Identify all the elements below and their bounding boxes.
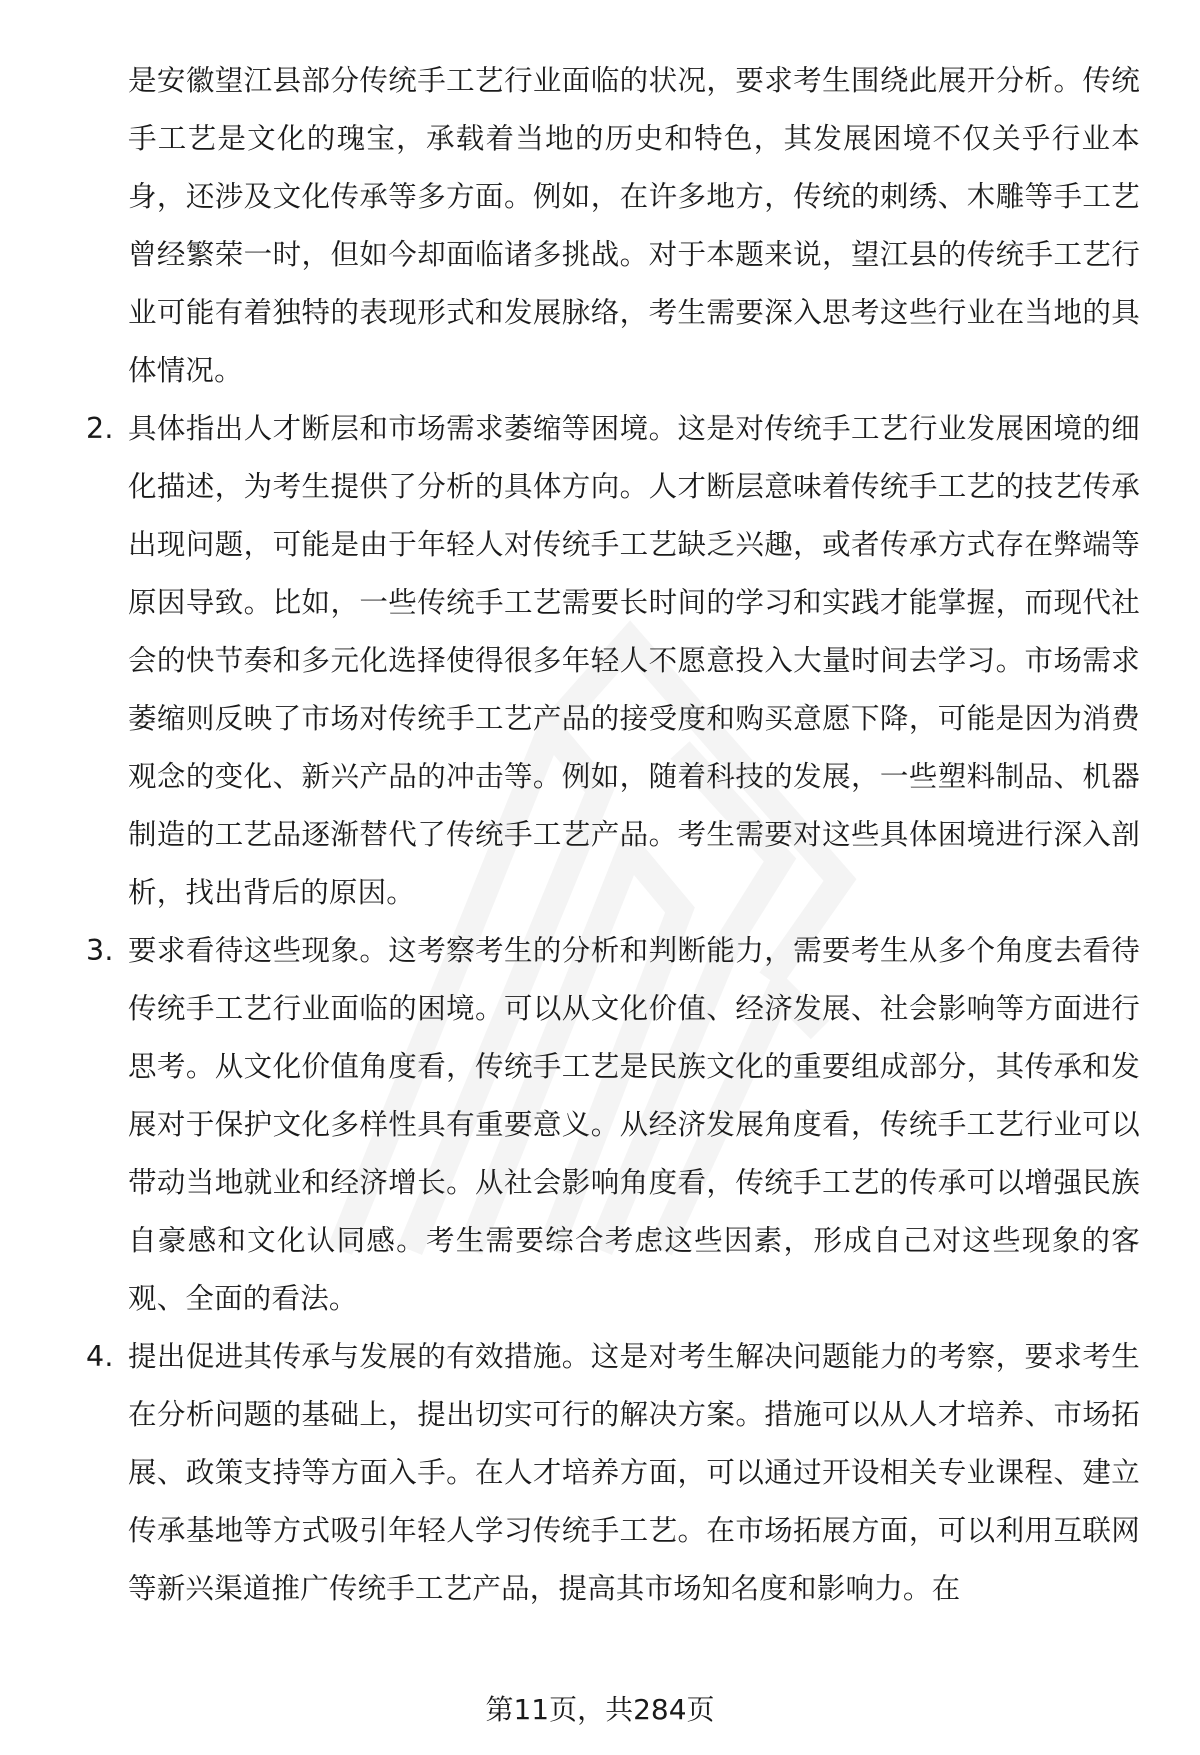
list-item-number: 2.	[86, 400, 122, 458]
list-item-4: 4. 提出促进其传承与发展的有效措施。这是对考生解决问题能力的考察，要求考生在分…	[128, 1328, 1140, 1618]
list-item-text: 具体指出人才断层和市场需求萎缩等困境。这是对传统手工艺行业发展困境的细化描述，为…	[128, 412, 1140, 909]
document-page: 是安徽望江县部分传统手工艺行业面临的状况，要求考生围绕此展开分析。传统手工艺是文…	[0, 0, 1200, 1755]
list-item-number: 3.	[86, 922, 122, 980]
list-item-3: 3. 要求看待这些现象。这考察考生的分析和判断能力，需要考生从多个角度去看待传统…	[128, 922, 1140, 1328]
document-body: 是安徽望江县部分传统手工艺行业面临的状况，要求考生围绕此展开分析。传统手工艺是文…	[128, 52, 1140, 1618]
list-item-2: 2. 具体指出人才断层和市场需求萎缩等困境。这是对传统手工艺行业发展困境的细化描…	[128, 400, 1140, 922]
page-indicator: 第11页，共284页	[485, 1693, 714, 1726]
list-item-text: 提出促进其传承与发展的有效措施。这是对考生解决问题能力的考察，要求考生在分析问题…	[128, 1340, 1140, 1605]
page-footer: 第11页，共284页	[0, 1690, 1200, 1730]
list-item-number: 4.	[86, 1328, 122, 1386]
continuation-paragraph: 是安徽望江县部分传统手工艺行业面临的状况，要求考生围绕此展开分析。传统手工艺是文…	[128, 52, 1140, 400]
list-item-text: 要求看待这些现象。这考察考生的分析和判断能力，需要考生从多个角度去看待传统手工艺…	[128, 934, 1140, 1315]
